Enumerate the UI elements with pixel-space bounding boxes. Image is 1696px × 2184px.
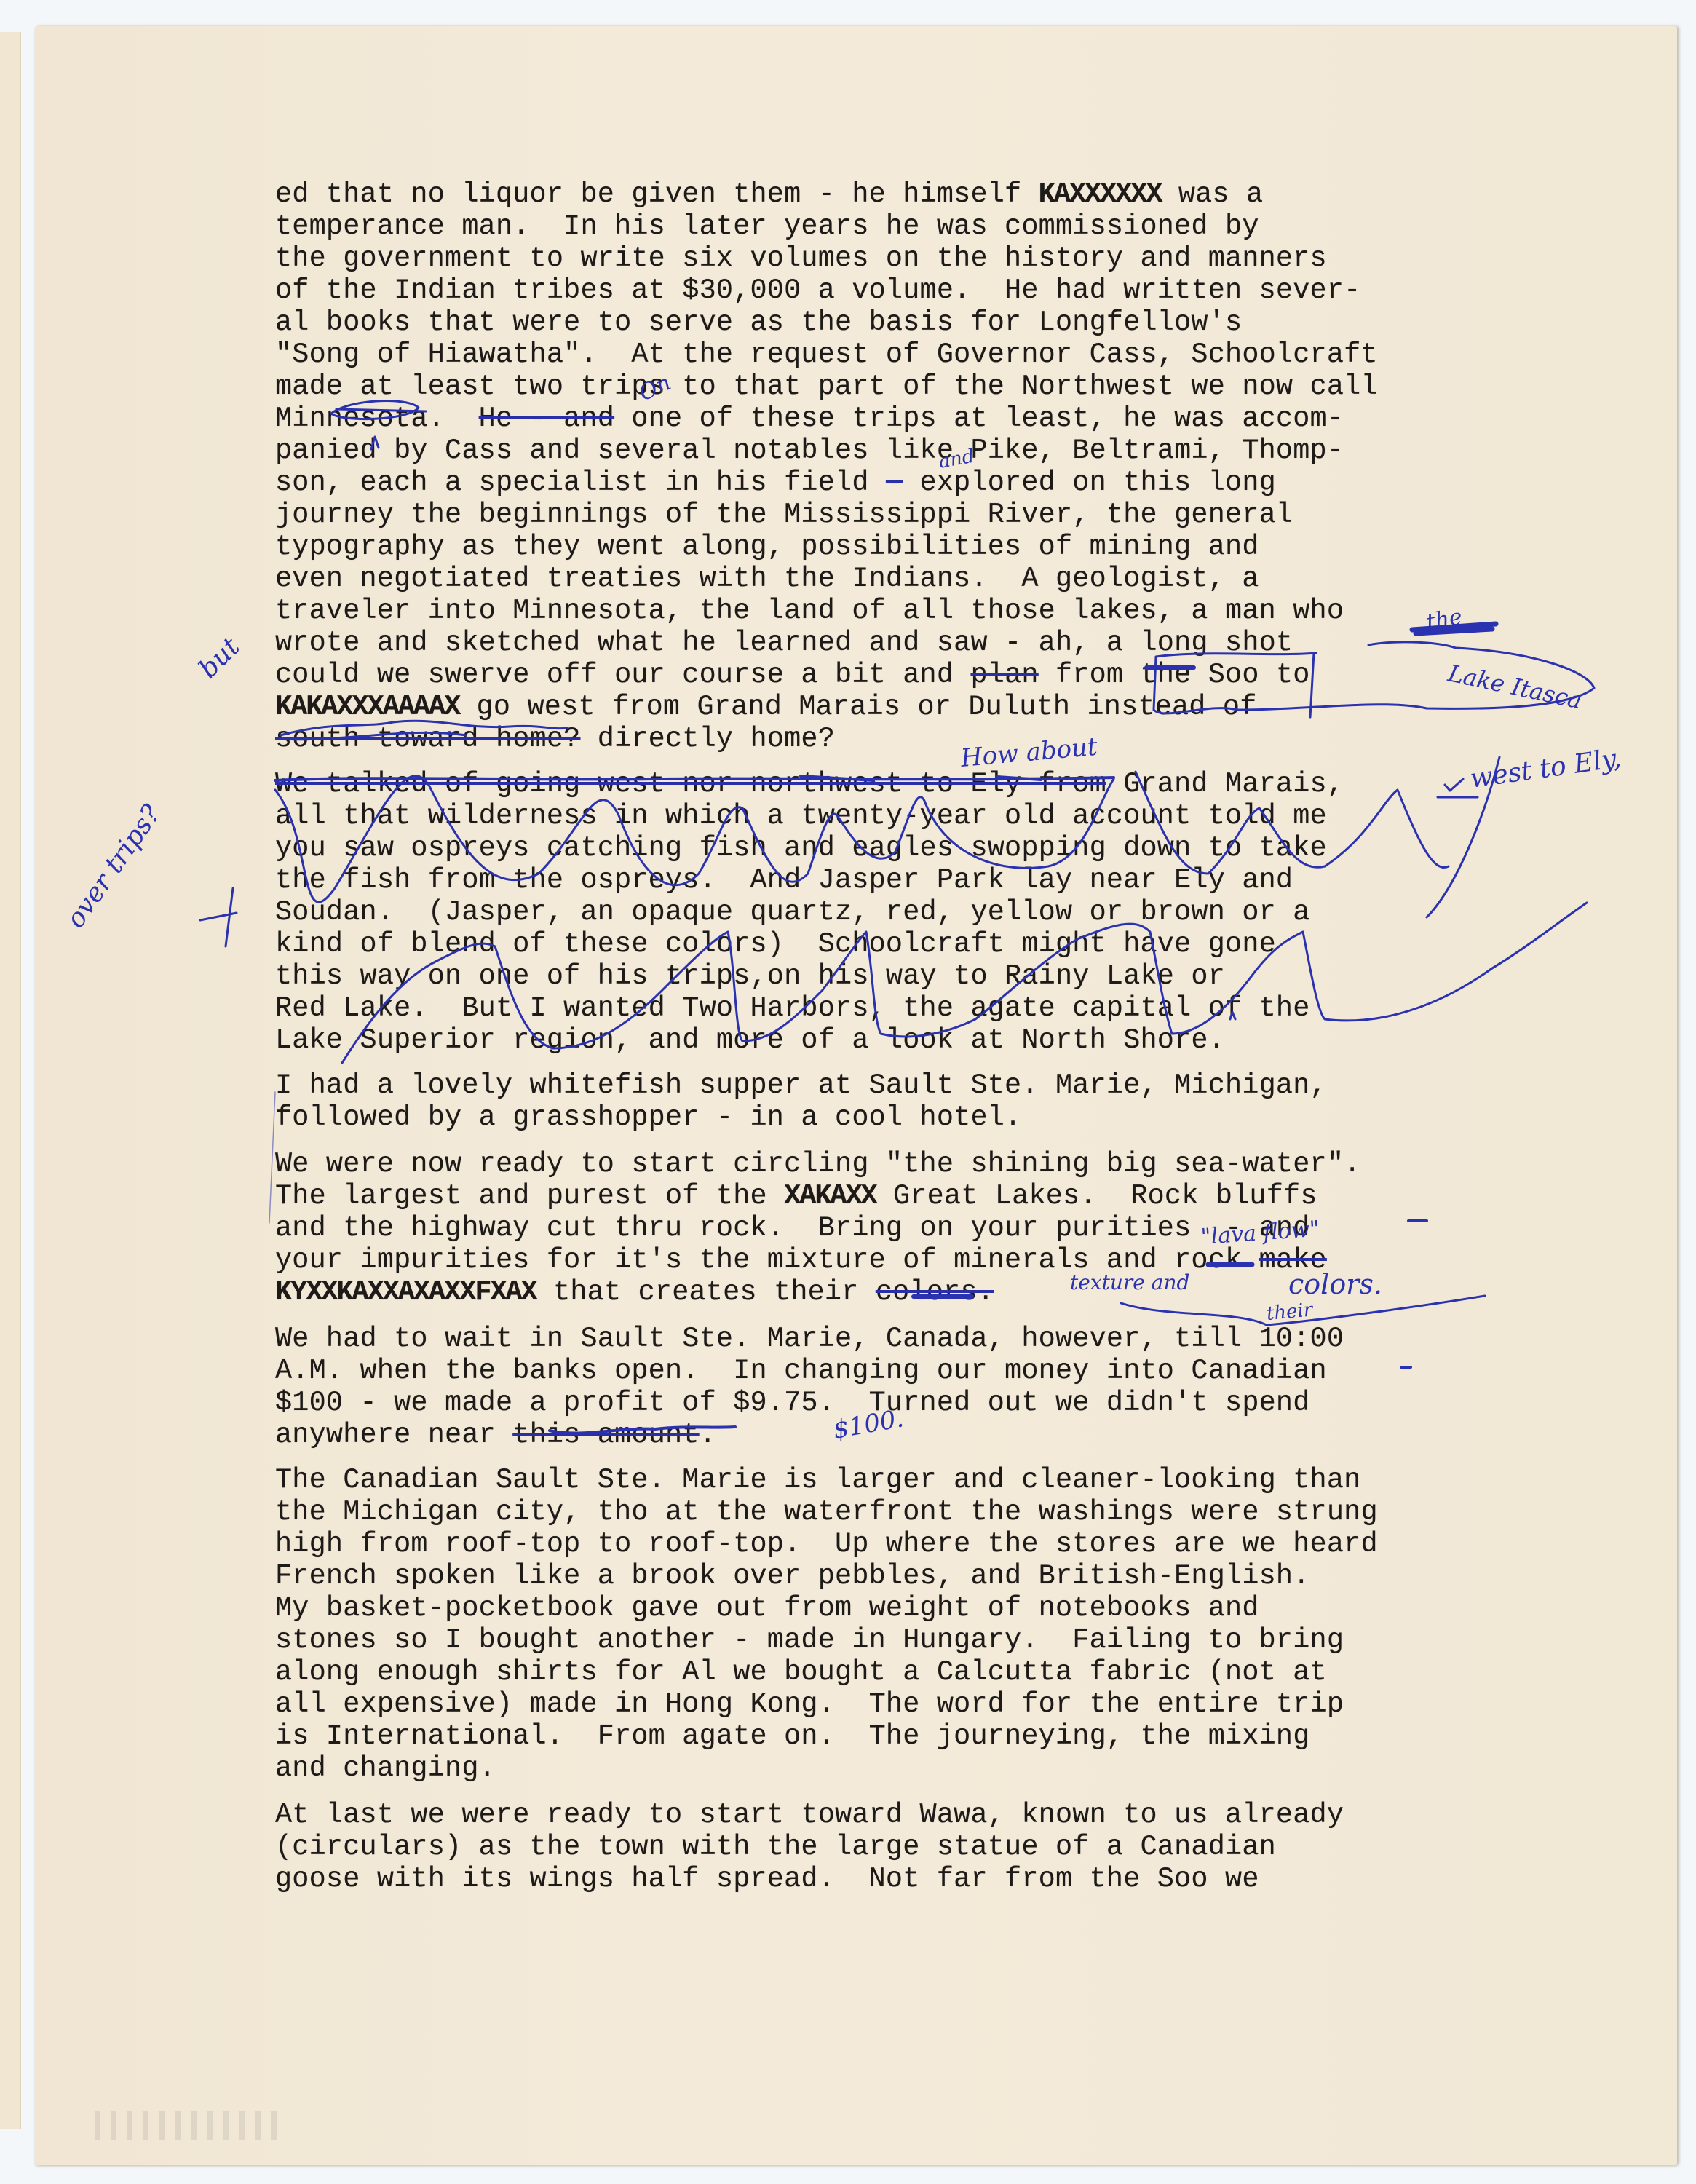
typed-line: son, each a specialist in his field - ex… [275,467,1276,499]
line-text: wrote and sketched what he learned and s… [275,627,1293,659]
typed-line: journey the beginnings of the Mississipp… [275,499,1293,531]
line-text: all expensive) made in Hong Kong. The wo… [275,1688,1344,1720]
typed-line: typography as they went along, possibili… [275,531,1259,563]
line-text: al books that were to serve as the basis… [275,306,1242,339]
line-text-continued: Great Lakes. Rock bluffs [876,1180,1317,1212]
typed-line: We were now ready to start circling "the… [275,1148,1360,1180]
line-text: ed that no liquor be given them - he him… [275,178,1039,210]
typed-line: all expensive) made in Hong Kong. The wo… [275,1688,1344,1720]
line-text-continued: was a [1162,178,1264,210]
line-text: the government to write six volumes on t… [275,242,1327,274]
typed-line: the Michigan city, tho at the waterfront… [275,1496,1378,1528]
line-text: My basket-pocketbook gave out from weigh… [275,1592,1259,1624]
line-text: kind of blend of these colors) Schoolcra… [275,928,1276,960]
typed-line: made at least two trips to that part of … [275,371,1378,403]
line-text: even negotiated treaties with the Indian… [275,563,1259,595]
line-text-continued: explored on this long [903,467,1276,499]
line-text-continued: go west from Grand Marais or Duluth inst… [459,691,1256,723]
typed-line: We had to wait in Sault Ste. Marie, Cana… [275,1323,1344,1355]
faint-bleed-through-stamp [95,2111,277,2140]
typed-line: wrote and sketched what he learned and s… [275,627,1293,659]
typed-line: $100 - we made a profit of $9.75. Turned… [275,1387,1310,1419]
line-text: all that wilderness in which a twenty-ye… [275,800,1327,832]
typed-line: the government to write six volumes on t… [275,242,1327,274]
line-text: typography as they went along, possibili… [275,531,1259,563]
typed-line: KYXXKAXXAXAXXFXAX that creates their col… [275,1276,994,1308]
typed-line: and changing. [275,1752,496,1784]
line-text: Soudan. (Jasper, an opaque quartz, red, … [275,896,1310,928]
line-text-continued: directly home? [580,723,835,755]
line-text: the fish from the ospreys. And Jasper Pa… [275,864,1293,896]
typed-line: Soudan. (Jasper, an opaque quartz, red, … [275,896,1310,928]
typed-line: My basket-pocketbook gave out from weigh… [275,1592,1259,1624]
struck-text: - [886,467,903,499]
line-text-continued: . [700,1419,716,1451]
line-text: $100 - we made a profit of $9.75. Turned… [275,1387,1310,1419]
typed-line: panied by Cass and several notables like… [275,435,1344,467]
line-text: this way on one of his trips,on his way … [275,960,1225,992]
line-text: French spoken like a brook over pebbles,… [275,1560,1310,1592]
typed-line: you saw ospreys catching fish and eagles… [275,832,1327,864]
typed-x-out: XAKAXX [784,1180,876,1212]
typed-line: traveler into Minnesota, the land of all… [275,595,1344,627]
line-text-continued: that creates their [536,1276,876,1308]
typed-line: of the Indian tribes at $30,000 a volume… [275,274,1360,306]
line-text: and changing. [275,1752,496,1784]
line-text: you saw ospreys catching fish and eagles… [275,832,1327,864]
typed-line: Minnesota. He - and one of these trips a… [275,403,1344,435]
typed-line: We talked of going west nor northwest to… [275,768,1344,800]
typed-line: French spoken like a brook over pebbles,… [275,1560,1310,1592]
line-text: "Song of Hiawatha". At the request of Go… [275,339,1378,371]
line-text: We had to wait in Sault Ste. Marie, Cana… [275,1323,1344,1355]
line-text: is International. From agate on. The jou… [275,1720,1310,1752]
line-text: Lake Superior region, and more of a look… [275,1024,1225,1056]
struck-text: plan [970,659,1038,691]
line-text: panied by Cass and several notables like… [275,435,1344,467]
typed-x-out: KYXXKAXXAXAXXFXAX [275,1276,536,1308]
line-text: I had a lovely whitefish supper at Sault… [275,1069,1327,1101]
typed-x-out: KAKAXXXAAAAX [275,691,459,723]
typed-line: stones so I bought another - made in Hun… [275,1624,1344,1656]
line-text: goose with its wings half spread. Not fa… [275,1863,1259,1895]
line-text: along enough shirts for Al we bought a C… [275,1656,1327,1688]
line-text: The Canadian Sault Ste. Marie is larger … [275,1464,1360,1496]
typed-x-out: KAXXXXXX [1039,178,1162,210]
typed-line: At last we were ready to start toward Wa… [275,1799,1344,1831]
line-text: son, each a specialist in his field [275,467,886,499]
line-text: (circulars) as the town with the large s… [275,1831,1276,1863]
line-text: traveler into Minnesota, the land of all… [275,595,1344,627]
typed-line: Lake Superior region, and more of a look… [275,1024,1225,1056]
typed-line: along enough shirts for Al we bought a C… [275,1656,1327,1688]
typed-line: ed that no liquor be given them - he him… [275,178,1263,210]
typed-line: "Song of Hiawatha". At the request of Go… [275,339,1378,371]
typed-line: south toward home? directly home? [275,723,835,755]
line-text-continued: one of these trips at least, he was acco… [614,403,1344,435]
typed-line: could we swerve off our course a bit and… [275,659,1310,691]
line-text-continued: Grand Marais, [1106,768,1344,800]
adjacent-page-edge [0,32,21,2129]
typed-line: I had a lovely whitefish supper at Sault… [275,1069,1327,1101]
typed-line: goose with its wings half spread. Not fa… [275,1863,1259,1895]
struck-text: this amount [512,1419,699,1451]
handwritten-ann-colors: colors. [1288,1268,1382,1300]
line-text: At last we were ready to start toward Wa… [275,1799,1344,1831]
typed-line: all that wilderness in which a twenty-ye… [275,800,1327,832]
line-text: stones so I bought another - made in Hun… [275,1624,1344,1656]
line-text: temperance man. In his later years he wa… [275,210,1259,242]
typed-line: kind of blend of these colors) Schoolcra… [275,928,1276,960]
typed-line: high from roof-top to roof-top. Up where… [275,1528,1378,1560]
line-text: journey the beginnings of the Mississipp… [275,499,1293,531]
typed-line: followed by a grasshopper - in a cool ho… [275,1101,1021,1133]
line-text: We were now ready to start circling "the… [275,1148,1360,1180]
struck-text: He - and [479,403,614,435]
line-text: The largest and purest of the [275,1180,784,1212]
typed-line: A.M. when the banks open. In changing ou… [275,1355,1327,1387]
struck-text: south toward home? [275,723,580,755]
typed-line: al books that were to serve as the basis… [275,306,1242,339]
line-text: of the Indian tribes at $30,000 a volume… [275,274,1360,306]
line-text: high from roof-top to roof-top. Up where… [275,1528,1378,1560]
struck-text: We talked of going west nor northwest to… [275,768,1106,800]
struck-text: colors. [876,1276,994,1308]
line-text-continued: from the Soo to [1039,659,1310,691]
line-text: anywhere near [275,1419,512,1451]
line-text: made at least two trips to that part of … [275,371,1378,403]
typed-line: Red Lake. But I wanted Two Harbors, the … [275,992,1310,1024]
line-text: and the highway cut thru rock. Bring on … [275,1212,1310,1244]
typed-line: the fish from the ospreys. And Jasper Pa… [275,864,1293,896]
line-text: followed by a grasshopper - in a cool ho… [275,1101,1021,1133]
typed-line: temperance man. In his later years he wa… [275,210,1259,242]
handwritten-ann-their: their [1266,1299,1314,1325]
typed-line: is International. From agate on. The jou… [275,1720,1310,1752]
typed-line: The largest and purest of the XAKAXX Gre… [275,1180,1317,1212]
typed-line: and the highway cut thru rock. Bring on … [275,1212,1310,1244]
line-text: Red Lake. But I wanted Two Harbors, the … [275,992,1310,1024]
line-text: A.M. when the banks open. In changing ou… [275,1355,1327,1387]
typed-line: even negotiated treaties with the Indian… [275,563,1259,595]
handwritten-ann-texture-and: texture and [1070,1270,1189,1294]
line-text: could we swerve off our course a bit and [275,659,970,691]
typed-line: The Canadian Sault Ste. Marie is larger … [275,1464,1360,1496]
typed-line: this way on one of his trips,on his way … [275,960,1225,992]
typed-line: KAKAXXXAAAAX go west from Grand Marais o… [275,691,1257,723]
typed-line: anywhere near this amount. [275,1419,716,1451]
line-text: the Michigan city, tho at the waterfront… [275,1496,1378,1528]
line-text: Minnesota. [275,403,479,435]
typed-line: (circulars) as the town with the large s… [275,1831,1276,1863]
